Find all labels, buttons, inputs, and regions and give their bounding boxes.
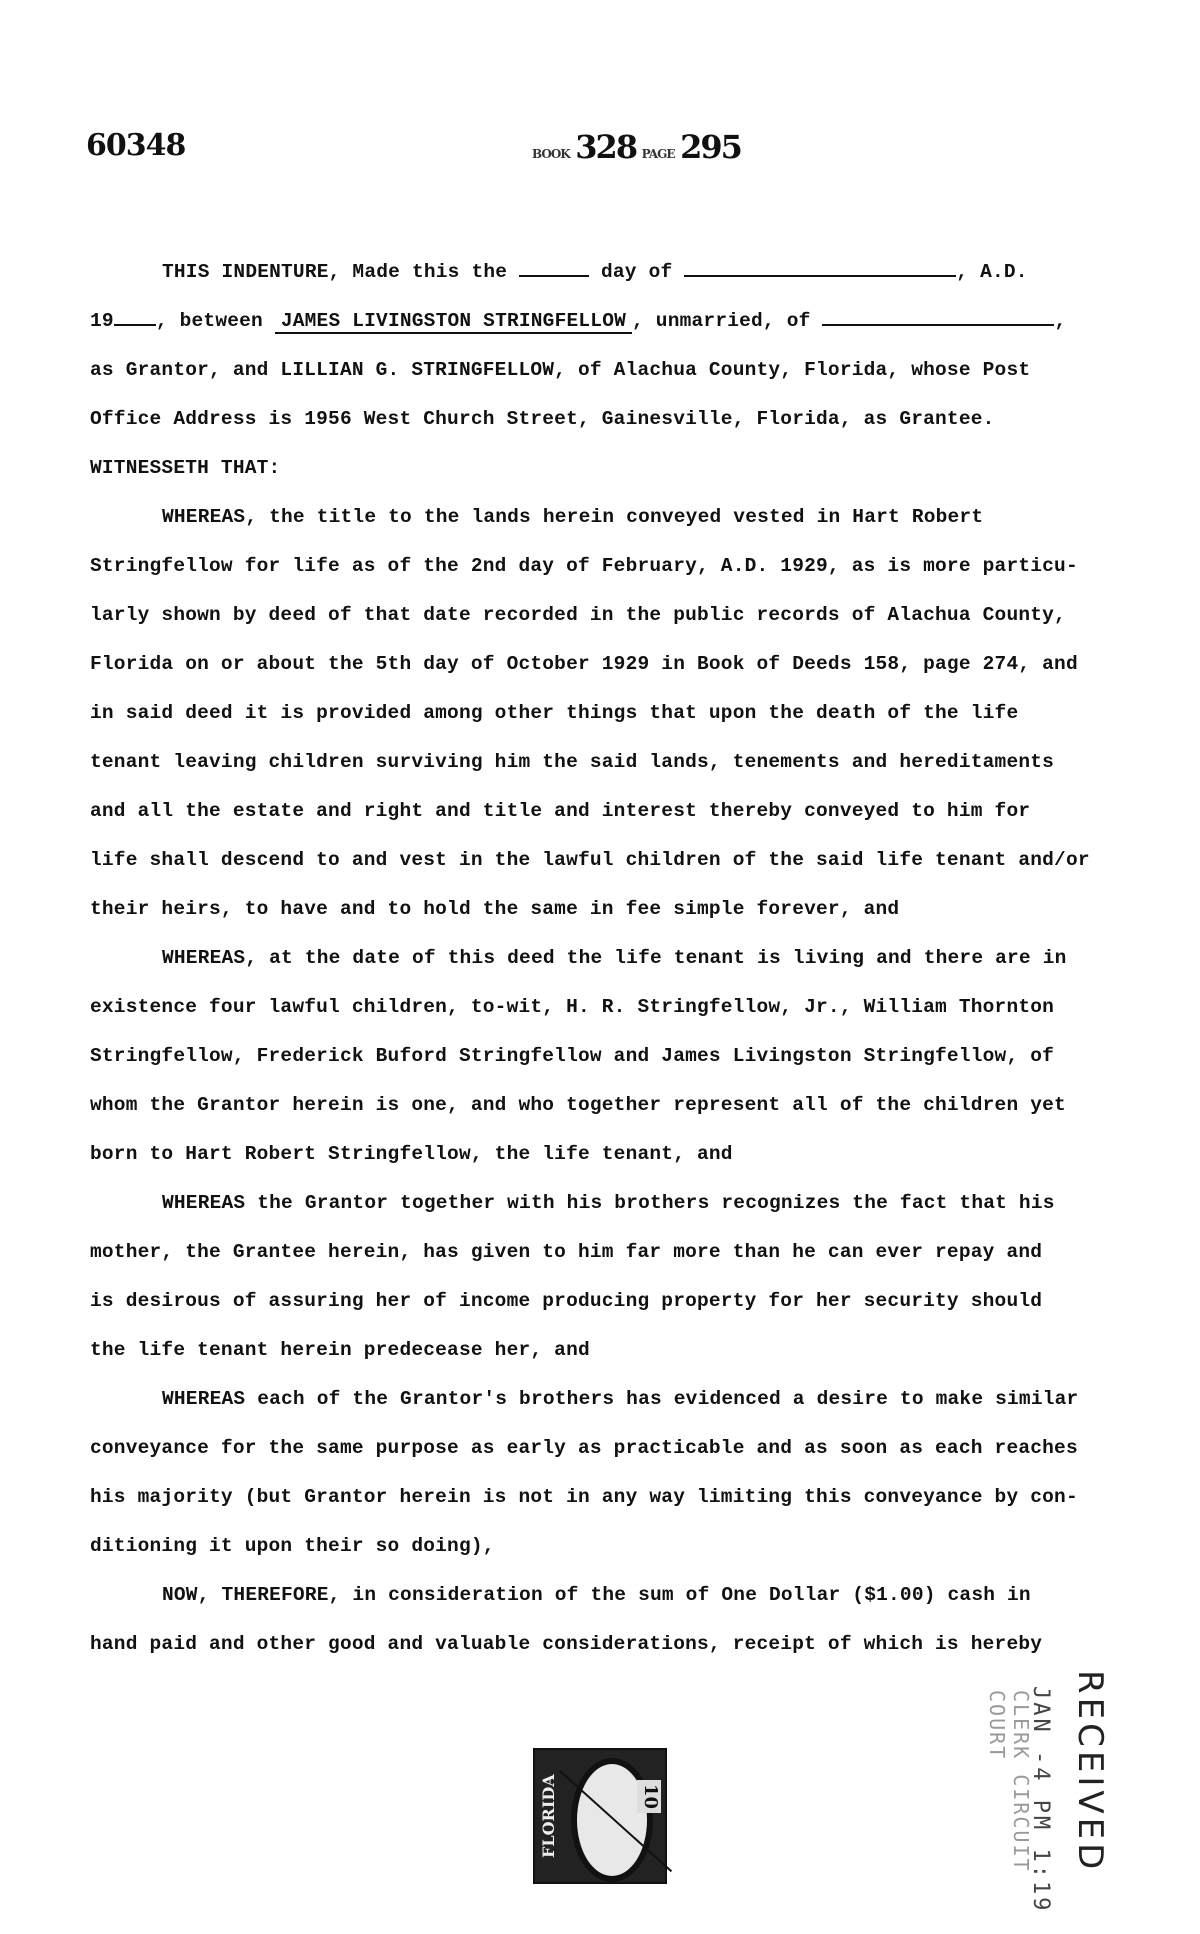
comma: , (1054, 310, 1066, 332)
paragraph-4-line: ditioning it upon their so doing), (90, 1522, 1130, 1571)
paragraph-1-line: Florida on or about the 5th day of Octob… (90, 640, 1130, 689)
paragraph-2-line: born to Hart Robert Stringfellow, the li… (90, 1130, 1130, 1179)
book-label: BOOK (532, 147, 570, 161)
unmarried-text: , unmarried, of (632, 310, 811, 332)
book-page-reference: BOOK 328 PAGE 295 (532, 128, 741, 166)
paragraph-2-line: existence four lawful children, to-wit, … (90, 983, 1130, 1032)
intro-day-of: day of (601, 261, 672, 283)
paragraph-5-line: hand paid and other good and valuable co… (90, 1620, 1130, 1669)
paragraph-4-line: conveyance for the same purpose as early… (90, 1424, 1130, 1473)
year-blank (114, 302, 156, 326)
grantor-name: JAMES LIVINGSTON STRINGFELLOW (275, 310, 632, 334)
page-label: PAGE (642, 147, 675, 161)
between-text: , between (156, 310, 263, 332)
page-number: 295 (680, 128, 741, 166)
intro-text: THIS INDENTURE, Made this the (162, 261, 507, 283)
paragraph-1-line: larly shown by deed of that date recorde… (90, 591, 1130, 640)
received-stamp-title: RECEIVED (1070, 1670, 1110, 1873)
deed-line-3: as Grantor, and LILLIAN G. STRINGFELLOW,… (90, 346, 1130, 395)
day-blank (519, 253, 589, 277)
residence-blank (822, 302, 1054, 326)
paragraph-2-line: whom the Grantor herein is one, and who … (90, 1081, 1130, 1130)
paragraph-1-line: life shall descend to and vest in the la… (90, 836, 1130, 885)
paragraph-3-line: mother, the Grantee herein, has given to… (90, 1228, 1130, 1277)
month-blank (684, 253, 956, 277)
paragraph-1-line: Stringfellow for life as of the 2nd day … (90, 542, 1130, 591)
paragraph-3-line: WHEREAS the Grantor together with his br… (90, 1179, 1130, 1228)
paragraph-5-line: NOW, THEREFORE, in consideration of the … (90, 1571, 1130, 1620)
paragraph-3-line: is desirous of assuring her of income pr… (90, 1277, 1130, 1326)
document-number: 60348 (86, 128, 185, 163)
paragraph-1-line: WHEREAS, the title to the lands herein c… (90, 493, 1130, 542)
deed-body: THIS INDENTURE, Made this the day of , A… (90, 248, 1130, 1669)
paragraph-1-line: their heirs, to have and to hold the sam… (90, 885, 1130, 934)
deed-line-4: Office Address is 1956 West Church Stree… (90, 395, 1130, 444)
stamp-value: 10 (637, 1780, 661, 1813)
stamp-state-label: FLORIDA (539, 1760, 565, 1872)
florida-revenue-stamp: FLORIDA 10 (533, 1748, 667, 1884)
deed-line-2: 19, between JAMES LIVINGSTON STRINGFELLO… (90, 297, 1130, 346)
received-stamp-clerk: CLERK CIRCUIT COURT (985, 1690, 1033, 1934)
paragraph-3-line: the life tenant herein predecease her, a… (90, 1326, 1130, 1375)
paragraph-1-line: and all the estate and right and title a… (90, 787, 1130, 836)
deed-line-5: WITNESSETH THAT: (90, 444, 1130, 493)
book-number: 328 (575, 128, 636, 166)
paragraph-1-line: in said deed it is provided among other … (90, 689, 1130, 738)
paragraph-4-line: WHEREAS each of the Grantor's brothers h… (90, 1375, 1130, 1424)
paragraph-4-line: his majority (but Grantor herein is not … (90, 1473, 1130, 1522)
year-prefix: 19 (90, 310, 114, 332)
paragraph-2-line: WHEREAS, at the date of this deed the li… (90, 934, 1130, 983)
deed-line-1: THIS INDENTURE, Made this the day of , A… (90, 248, 1130, 297)
paragraph-1-line: tenant leaving children surviving him th… (90, 738, 1130, 787)
paragraph-2-line: Stringfellow, Frederick Buford Stringfel… (90, 1032, 1130, 1081)
intro-ad: , A.D. (956, 261, 1027, 283)
